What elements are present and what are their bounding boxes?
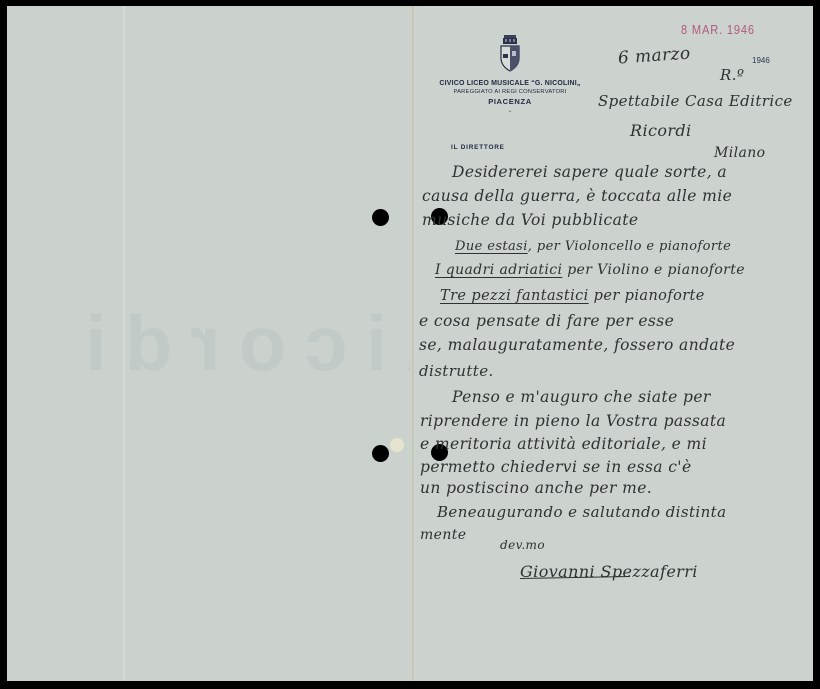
addressee-line3: Milano <box>714 145 765 161</box>
body-line: musiche da Voi pubblicate <box>422 211 638 229</box>
left-page-blank: Ricordi <box>7 6 412 681</box>
institution-subtitle: PAREGGIATO AI REGI CONSERVATORI <box>430 89 590 95</box>
work-title: I quadri adriatici <box>435 262 562 278</box>
punch-hole-left-bottom <box>372 445 389 462</box>
body-line: distrutte. <box>419 362 494 380</box>
work-title-line: Tre pezzi fantastici per pianoforte <box>440 288 705 304</box>
institution-city: PIACENZA <box>430 97 590 106</box>
work-title-line: Due estasi, per Violoncello e pianoforte <box>455 239 731 254</box>
body-line: Penso e m'auguro che siate per <box>452 388 711 406</box>
punch-hole-left-top <box>372 209 389 226</box>
institution-name: CIVICO LICEO MUSICALE “G. NICOLINI„ <box>436 78 583 87</box>
body-line: un postiscino anche per me. <box>420 479 652 497</box>
body-line: Beneaugurando e salutando distinta <box>437 503 726 521</box>
body-line: riprendere in pieno la Vostra passata <box>420 412 726 430</box>
body-line: e cosa pensate di fare per esse <box>419 312 674 330</box>
repaired-hole <box>390 438 404 452</box>
work-title: Due estasi <box>455 239 528 254</box>
closing-abbreviation: dev.mo <box>500 538 545 552</box>
printed-year: 1946 <box>752 56 770 65</box>
crest-icon <box>498 34 522 72</box>
body-line: Desidererei sapere quale sorte, a <box>452 163 727 181</box>
center-fold <box>410 6 414 681</box>
show-through-ink: Ricordi <box>67 298 462 389</box>
body-line: permetto chiedervi se in essa c'è <box>420 458 692 476</box>
registry-mark: R.º <box>720 66 744 84</box>
ornament: ⌄ <box>430 107 590 114</box>
letterhead: CIVICO LICEO MUSICALE “G. NICOLINI„ PARE… <box>430 34 590 114</box>
addressee-line2: Ricordi <box>630 121 692 140</box>
body-line: causa della guerra, è toccata alle mie <box>422 187 732 205</box>
body-line: e meritoria attività editoriale, e mi <box>420 435 707 453</box>
work-title: Tre pezzi fantastici <box>440 288 589 304</box>
body-line: se, malauguratamente, fossero andate <box>419 336 735 354</box>
letterhead-role: IL DIRETTORE <box>451 144 505 151</box>
body-line: mente <box>420 527 467 543</box>
received-date-stamp: 8 MAR. 1946 <box>681 22 755 37</box>
work-title-line: I quadri adriatici per Violino e pianofo… <box>435 262 745 278</box>
addressee-line1: Spettabile Casa Editrice <box>598 92 793 110</box>
